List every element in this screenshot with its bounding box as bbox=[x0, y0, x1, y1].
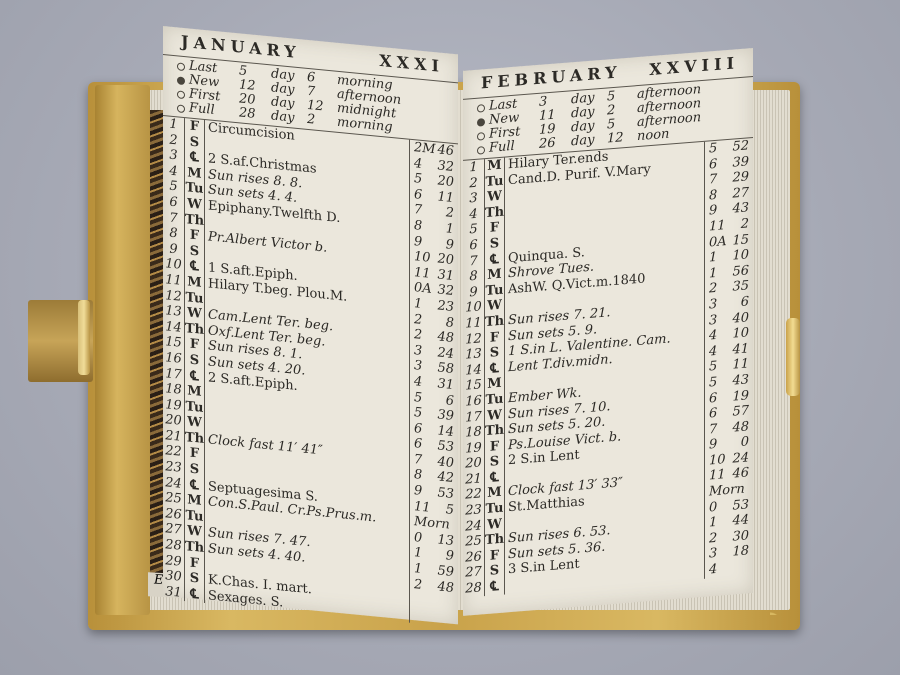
moon-hour: 5 bbox=[709, 375, 717, 391]
clasp-catch bbox=[786, 318, 800, 396]
moon-hour: 5 bbox=[414, 390, 422, 406]
weekday: ℄ bbox=[185, 586, 204, 603]
weekday: S bbox=[185, 243, 204, 260]
moon-hour: 7 bbox=[709, 172, 717, 188]
moon-hour: 2 bbox=[414, 327, 422, 343]
moon-hour: 0 bbox=[414, 530, 422, 546]
moon-minute: 35 bbox=[732, 279, 749, 296]
weekday: Tu bbox=[185, 180, 204, 197]
full-moon-icon bbox=[177, 104, 185, 113]
moon-rise-column: 5526397298279431120A15110156235363404104… bbox=[705, 138, 753, 578]
weekday: M bbox=[485, 376, 504, 393]
moon-minute: 10 bbox=[732, 325, 749, 342]
weekday: Tu bbox=[185, 399, 204, 416]
moon-hour: 4 bbox=[709, 562, 717, 578]
gilt-spine bbox=[95, 85, 150, 615]
weekday: M bbox=[185, 165, 204, 182]
moon-minute: 43 bbox=[732, 372, 749, 389]
day-number: 22 bbox=[463, 487, 484, 504]
first-quarter-icon bbox=[177, 90, 185, 99]
moon-hour: 7 bbox=[414, 452, 422, 468]
moon-minute: 29 bbox=[732, 170, 749, 187]
new-moon-icon bbox=[177, 76, 185, 85]
last-quarter-icon bbox=[177, 62, 185, 71]
events-column: Circumcision 2 S.af.ChristmasSun rises 8… bbox=[205, 120, 410, 623]
moon-hour: 10 bbox=[414, 249, 431, 266]
moon-time: 248 bbox=[414, 577, 458, 597]
calendar-grid: 1234567891011121314151617181920212223242… bbox=[163, 116, 458, 628]
day-number: 21 bbox=[463, 471, 484, 488]
moon-minute: 9 bbox=[446, 549, 454, 565]
weekday: W bbox=[485, 407, 504, 424]
weekday: S bbox=[185, 134, 204, 151]
day-number: 16 bbox=[463, 393, 484, 410]
day-number: 18 bbox=[163, 381, 184, 399]
weekday: W bbox=[485, 189, 504, 206]
weekday: W bbox=[185, 305, 204, 322]
day-number: 28 bbox=[163, 537, 184, 555]
weekday: Tu bbox=[185, 508, 204, 525]
weekday: Th bbox=[485, 423, 504, 440]
day-number: 18 bbox=[463, 424, 484, 441]
weekday: S bbox=[485, 345, 504, 362]
day-number: 5 bbox=[463, 222, 484, 239]
moon-minute: 46 bbox=[437, 142, 454, 159]
moon-time: 4 bbox=[709, 559, 753, 578]
weekday: Tu bbox=[485, 501, 504, 518]
day-number: 23 bbox=[163, 459, 184, 477]
moon-hour: 11 bbox=[414, 265, 431, 282]
moon-minute: 6 bbox=[446, 393, 454, 409]
moon-minute: 58 bbox=[437, 361, 454, 378]
moon-minute: 19 bbox=[732, 388, 749, 405]
weekday: Th bbox=[185, 430, 204, 447]
moon-hour: 0 bbox=[709, 499, 717, 515]
weekday: W bbox=[185, 414, 204, 431]
weekday: ℄ bbox=[185, 258, 204, 275]
moon-minute: 48 bbox=[437, 330, 454, 347]
weekday: Th bbox=[485, 314, 504, 331]
day-number: 9 bbox=[463, 284, 484, 301]
moon-minute: 48 bbox=[437, 579, 454, 596]
moon-minute: 10 bbox=[732, 247, 749, 264]
day-number: 17 bbox=[463, 409, 484, 426]
moon-hour: 5 bbox=[414, 405, 422, 421]
weekday: S bbox=[185, 570, 204, 587]
moon-hour: 1 bbox=[709, 266, 717, 282]
moon-hour: 11 bbox=[709, 218, 726, 235]
day-number: 8 bbox=[463, 268, 484, 285]
moon-hour: 2 bbox=[414, 577, 422, 593]
weekday: M bbox=[185, 274, 204, 291]
weekday: F bbox=[185, 446, 204, 463]
phase-date: 26 bbox=[539, 135, 571, 152]
moon-minute: 48 bbox=[732, 419, 749, 436]
moon-hour: 6 bbox=[414, 421, 422, 437]
moon-minute: 11 bbox=[437, 189, 454, 206]
weekday: ℄ bbox=[485, 469, 504, 486]
moon-minute: 57 bbox=[732, 403, 749, 420]
moon-hour: 6 bbox=[709, 156, 717, 172]
weekday: M bbox=[485, 485, 504, 502]
phase-label: day bbox=[271, 109, 307, 126]
day-number-column: 1234567891011121314151617181920212223242… bbox=[463, 159, 485, 597]
moon-minute: 43 bbox=[732, 201, 749, 218]
moon-minute: 31 bbox=[437, 267, 454, 284]
day-number: 15 bbox=[463, 377, 484, 394]
moon-hour: 8 bbox=[709, 188, 717, 204]
weekday: Th bbox=[185, 539, 204, 556]
day-number: 28 bbox=[463, 580, 484, 597]
weekday: M bbox=[185, 492, 204, 509]
day-number: 3 bbox=[463, 190, 484, 207]
moon-hour: 1 bbox=[414, 561, 422, 577]
moon-minute: 20 bbox=[437, 174, 454, 191]
moon-hour: 3 bbox=[709, 297, 717, 313]
moon-minute: 11 bbox=[732, 357, 749, 374]
moon-minute: 41 bbox=[732, 341, 749, 358]
moon-hour: 2 bbox=[414, 312, 422, 328]
day-number: 30 bbox=[163, 568, 184, 586]
calendar-grid: 1234567891011121314151617181920212223242… bbox=[463, 138, 753, 597]
moon-minute: 2 bbox=[741, 216, 749, 232]
day-number: 2 bbox=[463, 175, 484, 192]
weekday: F bbox=[485, 547, 504, 564]
weekday: F bbox=[185, 227, 204, 244]
moon-minute: 20 bbox=[437, 252, 454, 269]
moon-hour: 6 bbox=[709, 390, 717, 406]
day-number: 14 bbox=[463, 362, 484, 379]
moon-hour: 4 bbox=[414, 156, 422, 172]
weekday: ℄ bbox=[485, 360, 504, 377]
weekday: F bbox=[485, 220, 504, 237]
moon-minute: 44 bbox=[732, 513, 749, 530]
day-number: 31 bbox=[163, 584, 184, 602]
moon-minute: 23 bbox=[437, 298, 454, 315]
moon-hour: 5 bbox=[709, 359, 717, 375]
weekday: ℄ bbox=[185, 149, 204, 166]
moon-minute: 18 bbox=[732, 544, 749, 561]
moon-minute: 32 bbox=[437, 158, 454, 175]
events-column: Hilary Ter.endsCand.D. Purif. V.Mary Qui… bbox=[505, 142, 705, 594]
day-number: 26 bbox=[463, 549, 484, 566]
moon-minute: 14 bbox=[437, 423, 454, 440]
moon-minute: 0 bbox=[741, 435, 749, 451]
weekday: W bbox=[185, 524, 204, 541]
weekday: Th bbox=[485, 532, 504, 549]
moon-minute: 39 bbox=[437, 408, 454, 425]
moon-hour: 9 bbox=[709, 437, 717, 453]
moon-minute: 6 bbox=[741, 294, 749, 310]
phase-label: day bbox=[571, 132, 607, 149]
moon-hour: 4 bbox=[414, 374, 422, 390]
weekday: Tu bbox=[485, 392, 504, 409]
moon-minute: 46 bbox=[732, 466, 749, 483]
moon-hour: 4 bbox=[709, 344, 717, 360]
day-number: 12 bbox=[463, 331, 484, 348]
moon-minute: 15 bbox=[732, 232, 749, 249]
moon-hour: 5 bbox=[709, 141, 717, 157]
moon-hour: 7 bbox=[414, 203, 422, 219]
weekday: Tu bbox=[185, 290, 204, 307]
weekday: W bbox=[485, 516, 504, 533]
phase-date: 28 bbox=[239, 106, 271, 123]
moon-hour: 4 bbox=[709, 328, 717, 344]
weekday: S bbox=[185, 352, 204, 369]
moon-minute: 53 bbox=[437, 439, 454, 456]
day-number: 20 bbox=[163, 412, 184, 430]
moon-hour: 2 bbox=[709, 281, 717, 297]
weekday: S bbox=[485, 236, 504, 253]
phase-name: Full bbox=[489, 138, 539, 156]
moon-hour: 6 bbox=[414, 187, 422, 203]
moon-minute: 1 bbox=[446, 221, 454, 237]
moon-minute: 24 bbox=[437, 345, 454, 362]
moon-minute: 2 bbox=[446, 206, 454, 222]
weekday: F bbox=[185, 555, 204, 572]
moon-hour: 0A bbox=[414, 281, 432, 298]
moon-hour: 8 bbox=[414, 468, 422, 484]
phase-hour: 12 bbox=[607, 130, 637, 146]
moon-hour: 3 bbox=[709, 546, 717, 562]
weekday: M bbox=[185, 383, 204, 400]
january-page[interactable]: JANUARY XXXI Last5day6morningNew12day7af… bbox=[163, 26, 458, 624]
moon-minute: 59 bbox=[437, 563, 454, 580]
moon-minute: 5 bbox=[446, 502, 454, 518]
moon-minute: 39 bbox=[732, 154, 749, 171]
moon-hour: 10 bbox=[709, 452, 726, 469]
weekday: M bbox=[485, 267, 504, 284]
moon-minute: 8 bbox=[446, 315, 454, 331]
moon-minute: 42 bbox=[437, 470, 454, 487]
moon-hour: 8 bbox=[414, 218, 422, 234]
moon-minute: 53 bbox=[732, 497, 749, 514]
weekday: W bbox=[485, 298, 504, 315]
weekday: F bbox=[485, 438, 504, 455]
day-number: 13 bbox=[163, 303, 184, 321]
moon-hour: 1 bbox=[414, 546, 422, 562]
weekday: Tu bbox=[485, 282, 504, 299]
weekday: F bbox=[485, 329, 504, 346]
day-number: 27 bbox=[463, 565, 484, 582]
weekday: Th bbox=[485, 204, 504, 221]
weekday-column: MTuWThFS℄MTuWThFS℄MTuWThFS℄MTuWThFS℄ bbox=[485, 158, 505, 596]
last-quarter-icon bbox=[477, 104, 485, 113]
moon-hour: 2 bbox=[709, 531, 717, 547]
moon-minute: 13 bbox=[437, 532, 454, 549]
weekday: S bbox=[485, 454, 504, 471]
day-number: 25 bbox=[463, 533, 484, 550]
phase-hour: 2 bbox=[307, 113, 337, 130]
day-number: 20 bbox=[463, 455, 484, 472]
moon-hour: 0A bbox=[709, 234, 727, 251]
moon-rise-column: 2M46432520611728199102011310A32123282483… bbox=[410, 140, 458, 628]
new-moon-icon bbox=[477, 118, 485, 127]
moon-hour: 9 bbox=[709, 203, 717, 219]
full-moon-icon bbox=[477, 146, 485, 155]
moon-hour: 9 bbox=[414, 483, 422, 499]
moon-minute: 32 bbox=[437, 283, 454, 300]
weekday: F bbox=[185, 336, 204, 353]
weekday: W bbox=[185, 196, 204, 213]
day-number: 4 bbox=[463, 206, 484, 223]
day-number: 23 bbox=[463, 502, 484, 519]
moon-hour: 6 bbox=[709, 406, 717, 422]
day-number: 13 bbox=[463, 346, 484, 363]
day-number: 16 bbox=[163, 350, 184, 368]
moon-minute: 31 bbox=[437, 376, 454, 393]
weekday: F bbox=[185, 118, 204, 135]
day-number: 25 bbox=[163, 490, 184, 508]
weekday: Th bbox=[185, 212, 204, 229]
moon-hour: 3 bbox=[414, 343, 422, 359]
day-number: 15 bbox=[163, 334, 184, 352]
weekday: Th bbox=[185, 321, 204, 338]
day-number: 7 bbox=[463, 253, 484, 270]
weekday: ℄ bbox=[485, 579, 504, 596]
day-number: 6 bbox=[463, 237, 484, 254]
day-number: 10 bbox=[463, 300, 484, 317]
day-number: 19 bbox=[463, 440, 484, 457]
moon-hour: 11 bbox=[709, 468, 726, 485]
weekday: Tu bbox=[485, 173, 504, 190]
moon-hour: 9 bbox=[414, 234, 422, 250]
moon-hour: 1 bbox=[709, 515, 717, 531]
weekday-column: FS℄MTuWThFS℄MTuWThFS℄MTuWThFS℄MTuWThFS℄ bbox=[185, 118, 205, 603]
moon-hour: 5 bbox=[414, 171, 422, 187]
moon-minute: 24 bbox=[732, 450, 749, 467]
weekday: ℄ bbox=[185, 477, 204, 494]
moon-hour: 1 bbox=[414, 296, 422, 312]
moon-hour: 3 bbox=[414, 358, 422, 374]
day-number: 24 bbox=[463, 518, 484, 535]
moon-minute: 56 bbox=[732, 263, 749, 280]
moon-minute: 9 bbox=[446, 237, 454, 253]
moon-minute: 27 bbox=[732, 185, 749, 202]
moon-minute: 40 bbox=[732, 310, 749, 327]
day-number: 11 bbox=[463, 315, 484, 332]
february-page[interactable]: FEBRUARY XXVIII Last3day5afternoonNew11d… bbox=[463, 48, 753, 616]
first-quarter-icon bbox=[477, 132, 485, 141]
weekday: S bbox=[185, 461, 204, 478]
moon-hour: 6 bbox=[414, 436, 422, 452]
day-number: 1 bbox=[463, 159, 484, 176]
moon-minute: 52 bbox=[732, 138, 749, 155]
moon-hour: 3 bbox=[709, 312, 717, 328]
clasp-pin bbox=[78, 300, 90, 375]
moon-hour: 7 bbox=[709, 421, 717, 437]
weekday: M bbox=[485, 158, 504, 175]
day-number-column: 1234567891011121314151617181920212223242… bbox=[163, 116, 185, 602]
day-number: 11 bbox=[163, 272, 184, 290]
moon-hour: 1 bbox=[709, 250, 717, 266]
weekday: ℄ bbox=[485, 251, 504, 268]
weekday: ℄ bbox=[185, 368, 204, 385]
weekday: S bbox=[485, 563, 504, 580]
moon-hour: 11 bbox=[414, 499, 431, 516]
moon-minute: 53 bbox=[437, 485, 454, 502]
moon-minute: 40 bbox=[437, 454, 454, 471]
moon-minute: 30 bbox=[732, 528, 749, 545]
